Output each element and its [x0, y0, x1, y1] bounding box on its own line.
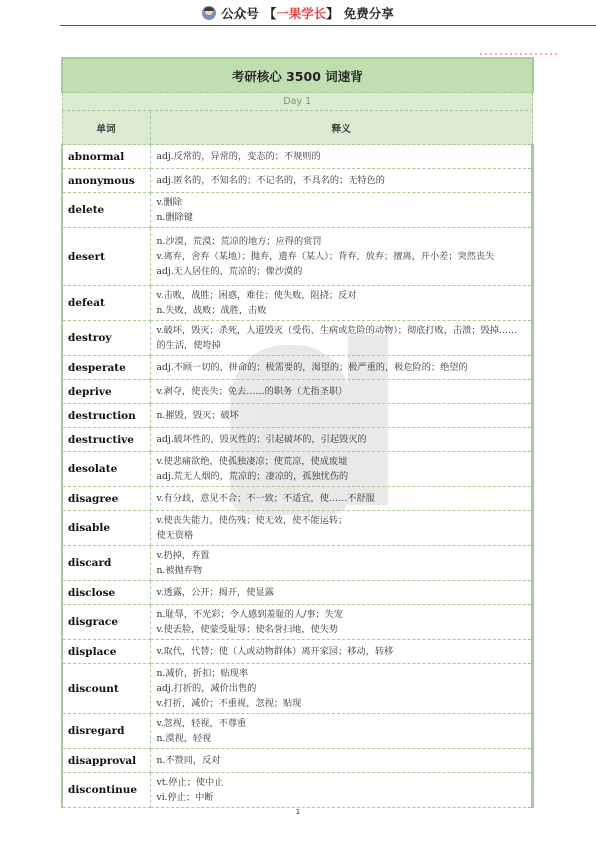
definition-cell: vt.停止；使中止vi.停止；中断	[150, 773, 533, 808]
avatar-icon	[202, 6, 216, 20]
definition-cell: v.扔掉，弃置n.被抛弃物	[150, 546, 533, 581]
definition-line: adj.无人居住的，荒凉的；像沙漠的	[157, 264, 526, 279]
table-row: disablev.使丧失能力，使伤残；使无效，使不能运转；使无资格	[62, 511, 533, 546]
table-row: displacev.取代，代替；使（人或动物群体）离开家园；移动，转移	[62, 640, 533, 664]
definition-line: v.取代，代替；使（人或动物群体）离开家园；移动，转移	[157, 644, 526, 659]
table-row: discontinuevt.停止；使中止vi.停止；中断	[62, 773, 533, 808]
table-row: disgracen.耻辱，不光彩；令人感到羞耻的人/事；失宠v.使丢脸，使蒙受耻…	[62, 605, 533, 640]
definition-line: v.有分歧，意见不合；不一致；不适宜，使……不舒服	[157, 491, 526, 506]
definition-line: v.击败，战胜；困惑，难住；使失败，阻挠；反对	[157, 288, 526, 303]
word-cell: destructive	[62, 428, 150, 452]
definition-cell: adj.匿名的，不知名的；不记名的，不具名的；无特色的	[150, 169, 533, 193]
word-cell: destroy	[62, 321, 150, 356]
definition-line: v.忽视，轻视，不尊重	[157, 716, 526, 731]
table-row: abnormaladj.反常的，异常的，变态的；不规则的	[62, 145, 533, 169]
word-cell: defeat	[62, 286, 150, 321]
definition-line: n.耻辱，不光彩；令人感到羞耻的人/事；失宠	[157, 607, 526, 622]
definition-line: n.删除键	[157, 210, 526, 225]
table-row: deprivev.剥夺，使丧失；免去……的职务（尤指圣职）	[62, 380, 533, 404]
table-row: desolatev.使悲痛欲绝，使孤独凄凉；使荒凉，使成废墟adj.荒无人烟的，…	[62, 452, 533, 487]
banner-brand: 一果学长	[276, 6, 326, 21]
definition-cell: v.击败，战胜；困惑，难住；使失败，阻挠；反对n.失败，战败；战胜，击败	[150, 286, 533, 321]
definition-line: v.使悲痛欲绝，使孤独凄凉；使荒凉，使成废墟	[157, 454, 526, 469]
definition-line: v.破坏，毁灭；杀死，人道毁灭（受伤、生病或危险的动物）；彻底打败，击溃；毁掉……	[157, 323, 526, 353]
word-cell: disable	[62, 511, 150, 546]
column-header-word: 单词	[62, 111, 150, 145]
table-row: anonymousadj.匿名的，不知名的；不记名的，不具名的；无特色的	[62, 169, 533, 193]
definition-line: n.漠视，轻视	[157, 731, 526, 746]
table-row: disapprovaln.不赞同，反对	[62, 749, 533, 773]
column-header-definition: 释义	[150, 111, 533, 145]
definition-cell: v.透露，公开；揭开，使显露	[150, 581, 533, 605]
table-row: destroyv.破坏，毁灭；杀死，人道毁灭（受伤、生病或危险的动物）；彻底打败…	[62, 321, 533, 356]
definition-line: v.删除	[157, 195, 526, 210]
definition-cell: n.减价，折扣；贴现率adj.打折的，减价出售的v.打折，减价；不重视，忽视；贴…	[150, 664, 533, 714]
header-decoration	[480, 53, 560, 55]
word-cell: desert	[62, 228, 150, 286]
word-cell: disapproval	[62, 749, 150, 773]
definition-line: n.减价，折扣；贴现率	[157, 666, 526, 681]
definition-cell: v.使悲痛欲绝，使孤独凄凉；使荒凉，使成废墟adj.荒无人烟的，荒凉的；凄凉的，…	[150, 452, 533, 487]
definition-line: v.离弃，舍弃（某地）；抛弃，遗弃（某人）；背弃，放弃；擅离，开小差；突然丧失	[157, 249, 526, 264]
table-row: destructionn.摧毁，毁灭；破坏	[62, 404, 533, 428]
word-cell: abnormal	[62, 145, 150, 169]
definition-line: adj.不顾一切的，拼命的；极需要的，渴望的；极严重的，极危险的；绝望的	[157, 360, 526, 375]
definition-line: adj.匿名的，不知名的；不记名的，不具名的；无特色的	[157, 173, 526, 188]
top-banner: 公众号 【一果学长】 免费分享	[0, 0, 596, 26]
word-cell: disagree	[62, 487, 150, 511]
banner-prefix: 公众号	[221, 4, 259, 22]
word-cell: discount	[62, 664, 150, 714]
word-cell: desperate	[62, 356, 150, 380]
table-row: deletev.删除n.删除键	[62, 193, 533, 228]
definition-cell: v.取代，代替；使（人或动物群体）离开家园；移动，转移	[150, 640, 533, 664]
word-cell: disgrace	[62, 605, 150, 640]
definition-cell: n.耻辱，不光彩；令人感到羞耻的人/事；失宠v.使丢脸，使蒙受耻辱；使名誉扫地，…	[150, 605, 533, 640]
banner-bracket-close: 】	[326, 6, 339, 21]
word-cell: desolate	[62, 452, 150, 487]
table-row: discountn.减价，折扣；贴现率adj.打折的，减价出售的v.打折，减价；…	[62, 664, 533, 714]
definition-line: v.打折，减价；不重视，忽视；贴现	[157, 696, 526, 711]
definition-cell: adj.反常的，异常的，变态的；不规则的	[150, 145, 533, 169]
banner-content: 公众号 【一果学长】 免费分享	[202, 4, 394, 22]
table-title: 考研核心 3500 词速背	[62, 58, 533, 93]
definition-line: adj.破坏性的，毁灭性的；引起破坏的，引起毁灭的	[157, 432, 526, 447]
table-row: desertn.沙漠，荒漠；荒凉的地方；应得的赏罚v.离弃，舍弃（某地）；抛弃，…	[62, 228, 533, 286]
word-cell: anonymous	[62, 169, 150, 193]
definition-line: n.被抛弃物	[157, 563, 526, 578]
definition-cell: n.沙漠，荒漠；荒凉的地方；应得的赏罚v.离弃，舍弃（某地）；抛弃，遗弃（某人）…	[150, 228, 533, 286]
definition-cell: v.删除n.删除键	[150, 193, 533, 228]
word-cell: displace	[62, 640, 150, 664]
word-cell: disregard	[62, 714, 150, 749]
definition-line: 使无资格	[157, 528, 526, 543]
banner-divider	[60, 25, 596, 26]
definition-line: n.不赞同，反对	[157, 753, 526, 768]
definition-line: adj.荒无人烟的，荒凉的；凄凉的，孤独忧伤的	[157, 469, 526, 484]
definition-cell: adj.破坏性的，毁灭性的；引起破坏的，引起毁灭的	[150, 428, 533, 452]
word-cell: discard	[62, 546, 150, 581]
table-row: defeatv.击败，战胜；困惑，难住；使失败，阻挠；反对n.失败，战败；战胜，…	[62, 286, 533, 321]
definition-cell: v.破坏，毁灭；杀死，人道毁灭（受伤、生病或危险的动物）；彻底打败，击溃；毁掉……	[150, 321, 533, 356]
definition-cell: v.忽视，轻视，不尊重n.漠视，轻视	[150, 714, 533, 749]
definition-line: adj.打折的，减价出售的	[157, 681, 526, 696]
word-cell: destruction	[62, 404, 150, 428]
table-row: disclosev.透露，公开；揭开，使显露	[62, 581, 533, 605]
definition-cell: v.使丧失能力，使伤残；使无效，使不能运转；使无资格	[150, 511, 533, 546]
table-row: discardv.扔掉，弃置n.被抛弃物	[62, 546, 533, 581]
table-row: disagreev.有分歧，意见不合；不一致；不适宜，使……不舒服	[62, 487, 533, 511]
page-number: 1	[0, 808, 596, 816]
definition-line: v.剥夺，使丧失；免去……的职务（尤指圣职）	[157, 384, 526, 399]
table-row: desperateadj.不顾一切的，拼命的；极需要的，渴望的；极严重的，极危险…	[62, 356, 533, 380]
vocabulary-table: 考研核心 3500 词速背 Day 1 单词 释义 abnormaladj.反常…	[61, 57, 534, 808]
definition-line: n.沙漠，荒漠；荒凉的地方；应得的赏罚	[157, 234, 526, 249]
definition-line: v.使丢脸，使蒙受耻辱；使名誉扫地，使失势	[157, 622, 526, 637]
definition-line: vt.停止；使中止	[157, 775, 526, 790]
definition-cell: n.摧毁，毁灭；破坏	[150, 404, 533, 428]
definition-line: v.扔掉，弃置	[157, 548, 526, 563]
table-row: destructiveadj.破坏性的，毁灭性的；引起破坏的，引起毁灭的	[62, 428, 533, 452]
day-label: Day 1	[62, 93, 533, 111]
definition-line: n.摧毁，毁灭；破坏	[157, 408, 526, 423]
definition-line: adj.反常的，异常的，变态的；不规则的	[157, 149, 526, 164]
word-cell: delete	[62, 193, 150, 228]
banner-bracket-open: 【	[264, 6, 277, 21]
definition-line: v.使丧失能力，使伤残；使无效，使不能运转；	[157, 513, 526, 528]
definition-cell: adj.不顾一切的，拼命的；极需要的，渴望的；极严重的，极危险的；绝望的	[150, 356, 533, 380]
definition-cell: v.有分歧，意见不合；不一致；不适宜，使……不舒服	[150, 487, 533, 511]
banner-suffix: 免费分享	[344, 4, 394, 22]
definition-line: vi.停止；中断	[157, 790, 526, 805]
definition-line: v.透露，公开；揭开，使显露	[157, 585, 526, 600]
table-row: disregardv.忽视，轻视，不尊重n.漠视，轻视	[62, 714, 533, 749]
word-cell: disclose	[62, 581, 150, 605]
definition-cell: v.剥夺，使丧失；免去……的职务（尤指圣职）	[150, 380, 533, 404]
table-body: abnormaladj.反常的，异常的，变态的；不规则的anonymousadj…	[62, 145, 533, 808]
word-cell: discontinue	[62, 773, 150, 808]
word-cell: deprive	[62, 380, 150, 404]
definition-line: n.失败，战败；战胜，击败	[157, 303, 526, 318]
definition-cell: n.不赞同，反对	[150, 749, 533, 773]
